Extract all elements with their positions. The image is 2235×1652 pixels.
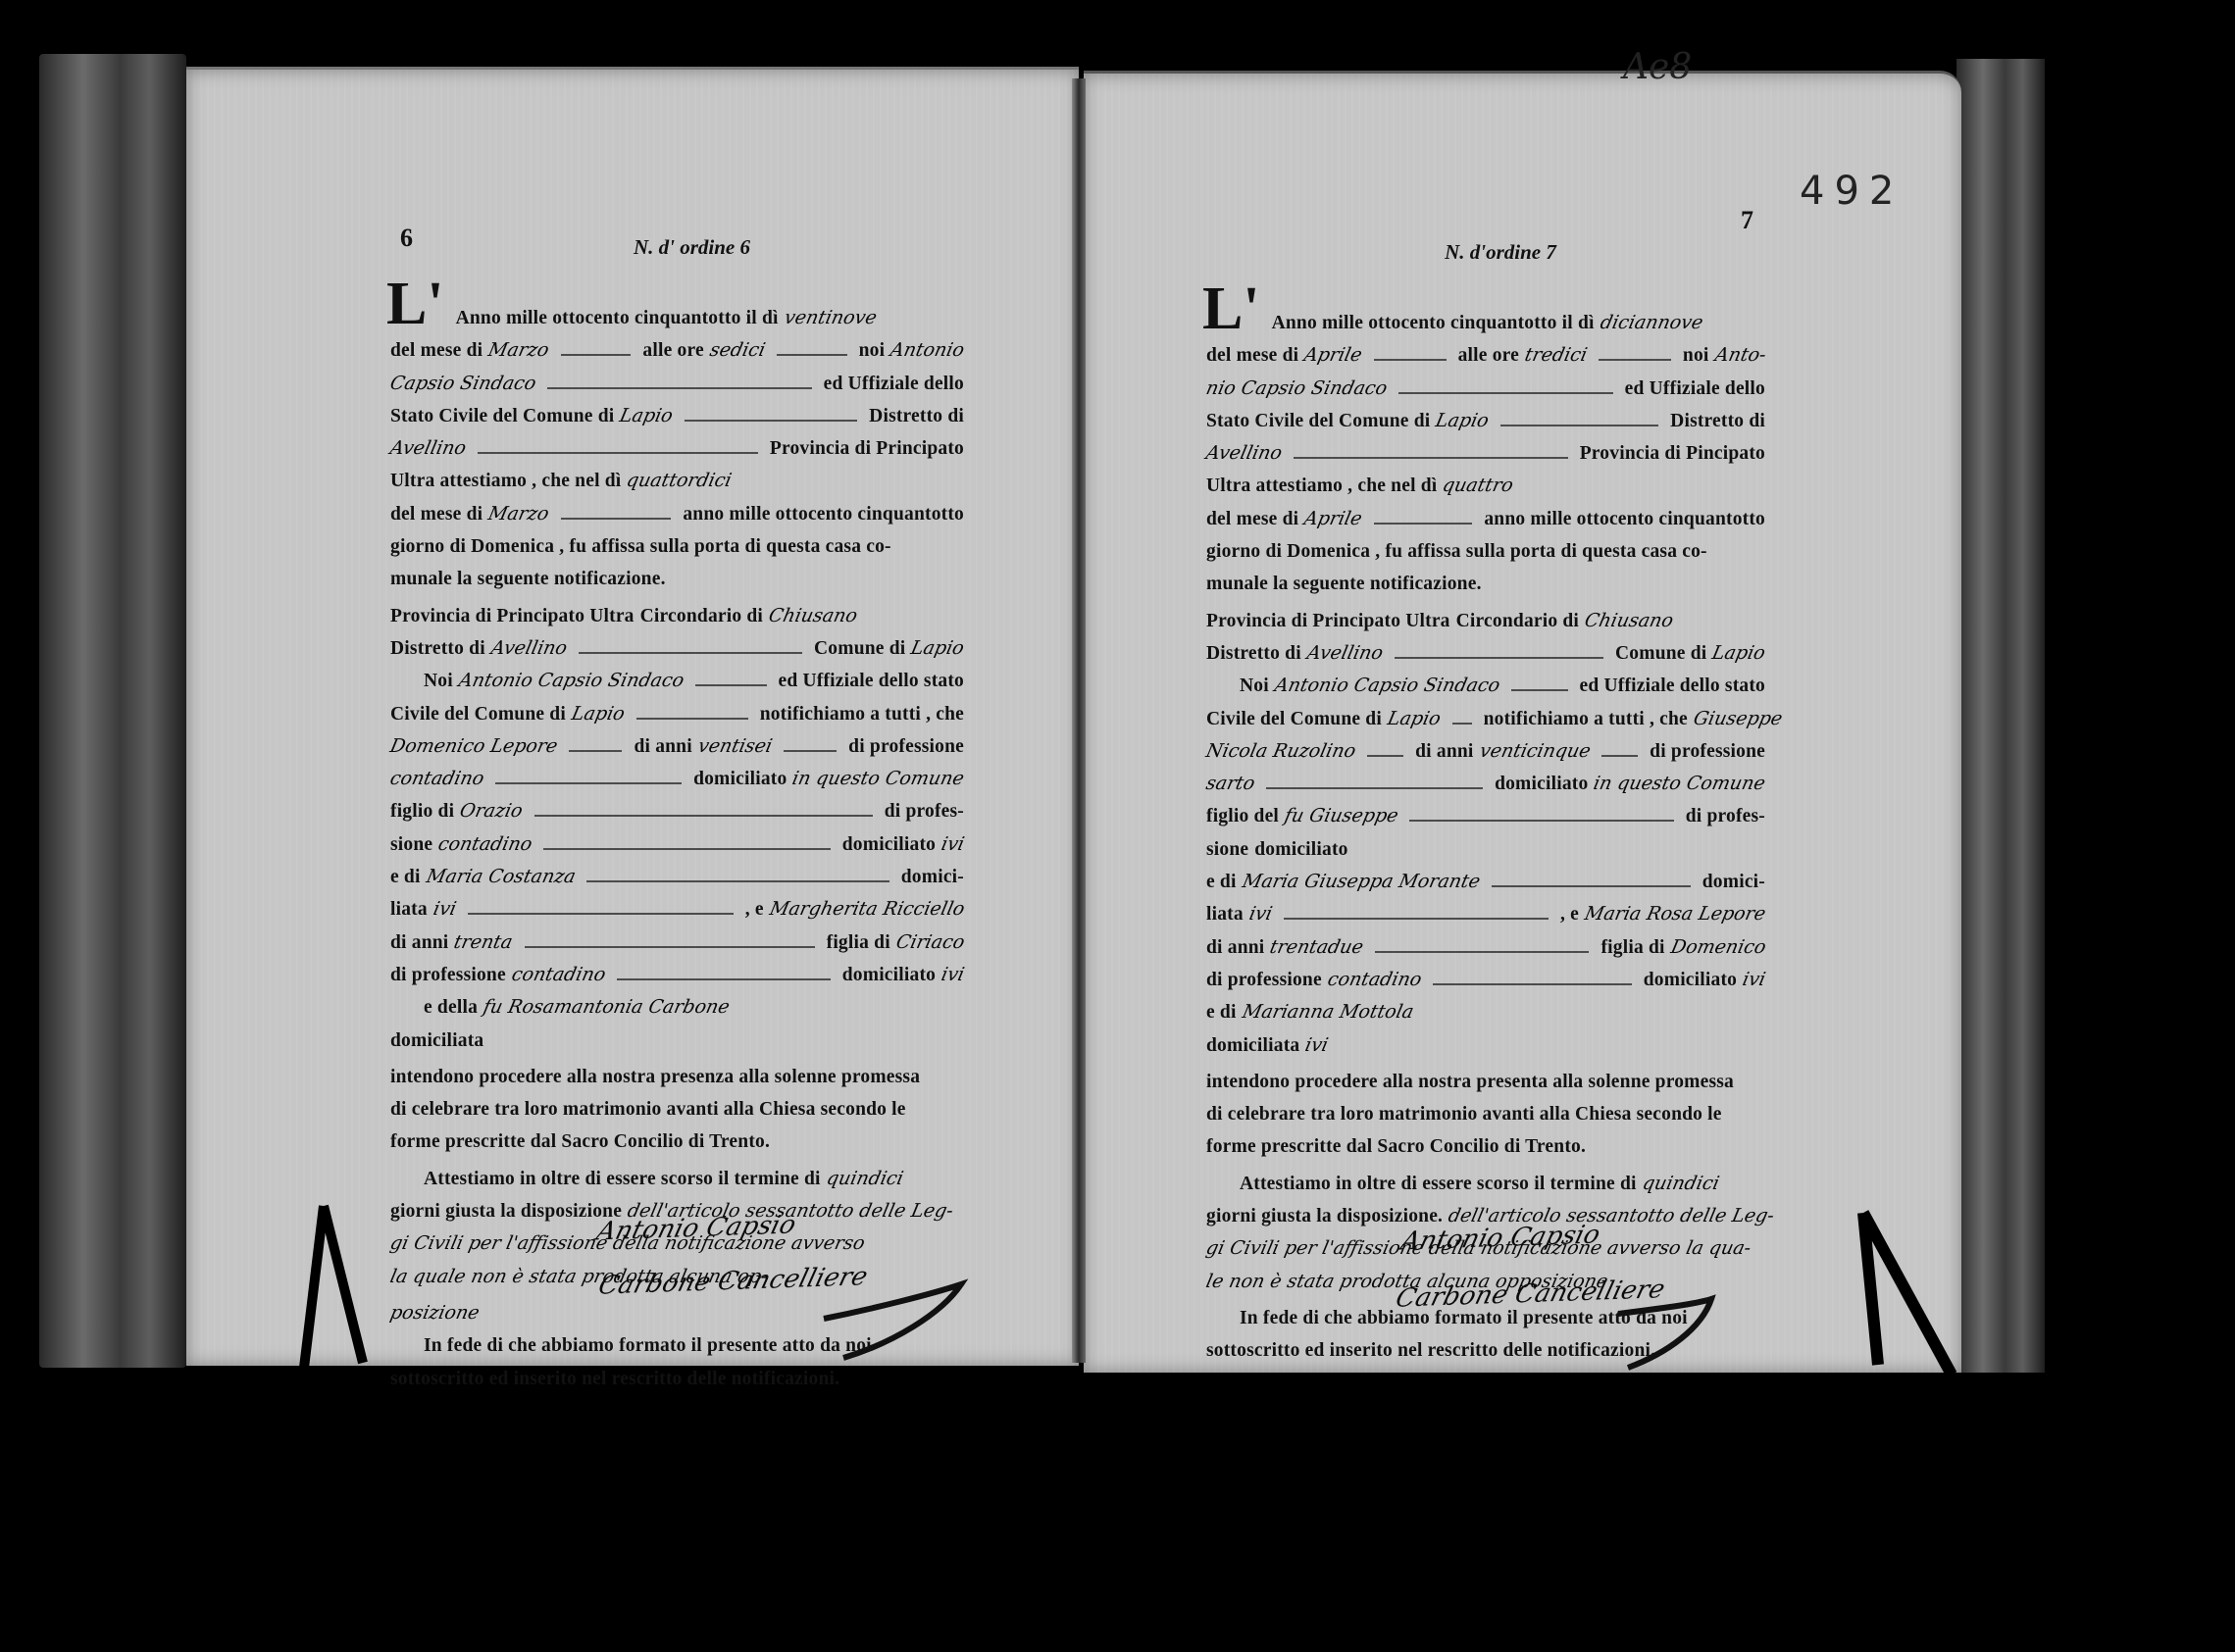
printed-text: Circondario di — [1456, 605, 1579, 637]
record-line: nio Capsio Sindacoed Uffiziale dello — [1206, 373, 1765, 405]
handwritten-entry: Chiusano — [766, 600, 861, 632]
handwritten-entry: ventisei — [694, 730, 775, 763]
printed-text: figlia di — [1600, 931, 1664, 964]
record-line: sionecontadinodomiciliatoivi — [390, 828, 964, 861]
record-line: L'Anno mille ottocento cinquantotto il d… — [1206, 282, 1765, 339]
printed-text: e di — [390, 861, 421, 893]
printed-text: di anni — [1415, 735, 1473, 768]
printed-text: forme prescritte dal Sacro Concilio di T… — [1206, 1130, 1586, 1163]
printed-text: Comune di — [814, 632, 905, 665]
book-gutter — [1072, 78, 1086, 1363]
printed-text: domiciliato — [1254, 833, 1347, 866]
printed-text: di anni — [1206, 931, 1264, 964]
printed-text: liata — [390, 893, 428, 926]
printed-text: Provincia di Principato Ultra — [390, 600, 635, 632]
handwritten-entry: ivi — [1245, 898, 1275, 930]
handwritten-entry: Antonio Capsio Sindaco — [455, 665, 686, 697]
handwritten-entry: sarto — [1202, 768, 1257, 800]
record-line: e diMaria Giuseppa Morantedomici- — [1206, 866, 1765, 898]
record-line: sartodomiciliatoin questo Comune — [1206, 768, 1765, 800]
printed-text: Comune di — [1615, 637, 1706, 670]
printed-text: notifichiamo a tutti , che — [1484, 703, 1688, 735]
fill-line — [534, 815, 873, 817]
record-line: Stato Civile del Comune diLapioDistretto… — [390, 400, 964, 432]
printed-text: del mese di — [1206, 339, 1298, 372]
printed-text: , e — [745, 893, 764, 926]
handwritten-entry: Capsio Sindaco — [386, 368, 538, 400]
record-line: munale la seguente notificazione. — [1206, 568, 1765, 600]
record-line: Civile del Comune diLapionotifichiamo a … — [390, 698, 964, 730]
record-line: forme prescritte dal Sacro Concilio di T… — [1206, 1130, 1765, 1163]
printed-text: ed Uffiziale dello stato — [779, 665, 964, 697]
handwritten-entry: Giuseppe — [1690, 703, 1785, 735]
handwritten-entry: Lapio — [1709, 637, 1769, 670]
handwritten-entry: contadino — [1324, 964, 1424, 996]
record-line: AvellinoProvincia di Pincipato — [1206, 437, 1765, 470]
record-line: del mese diAprileanno mille ottocento ci… — [1206, 503, 1765, 535]
handwritten-entry: sedici — [706, 334, 768, 367]
printed-text: di celebrare tra loro matrimonio avanti … — [390, 1093, 906, 1126]
handwritten-entry: tredici — [1522, 339, 1591, 372]
record-line: contadinodomiciliatoin questo Comune — [390, 763, 964, 795]
fill-line — [1452, 723, 1472, 725]
printed-text: di profes- — [1686, 800, 1765, 832]
handwritten-entry: Lapio — [1433, 405, 1493, 437]
printed-text: figlio del — [1206, 800, 1279, 832]
handwritten-entry: Domenico — [1667, 931, 1768, 964]
fill-line — [1409, 820, 1673, 822]
record-line: Domenico Leporedi anniventiseidi profess… — [390, 730, 964, 763]
printed-text: Ultra attestiamo , che nel dì — [1206, 470, 1437, 502]
drop-cap: L' — [386, 279, 444, 328]
right-page-number: 7 — [1741, 206, 1753, 235]
record-line: intendono procedere alla nostra presenta… — [1206, 1066, 1765, 1098]
printed-text: anno mille ottocento cinquantotto — [1484, 503, 1765, 535]
printed-text: domici- — [901, 861, 964, 893]
handwritten-entry: nio Capsio Sindaco — [1202, 373, 1390, 405]
fill-line — [561, 354, 632, 356]
handwritten-entry: ivi — [430, 893, 459, 926]
left-signature-flourish — [814, 1265, 981, 1363]
right-signature-flourish — [1608, 1284, 1726, 1373]
fill-line — [468, 913, 734, 915]
handwritten-entry: ivi — [939, 959, 968, 991]
fill-line — [525, 946, 815, 948]
printed-text: Stato Civile del Comune di — [1206, 405, 1430, 437]
fill-line — [1398, 392, 1613, 394]
printed-text: Attestiamo in oltre di essere scorso il … — [1240, 1168, 1637, 1200]
handwritten-entry: Margherita Ricciello — [766, 893, 967, 926]
printed-text: Noi — [424, 665, 453, 697]
handwritten-entry: Lapio — [908, 632, 968, 665]
record-line: di annitrentafiglia diCiriaco — [390, 926, 964, 959]
handwritten-entry: ventinove — [781, 302, 880, 334]
fill-line — [569, 750, 622, 752]
handwritten-entry: Avellino — [1303, 637, 1386, 670]
handwritten-entry: Marzo — [485, 334, 552, 367]
printed-text: forme prescritte dal Sacro Concilio di T… — [390, 1126, 770, 1158]
handwritten-entry: Antonio — [888, 334, 968, 367]
fill-line — [1511, 689, 1568, 691]
record-line: domiciliata — [390, 1025, 964, 1057]
record-line: di professionecontadinodomiciliatoivi — [390, 959, 964, 991]
folio-number: 492 — [1800, 169, 1904, 214]
printed-text: anno mille ottocento cinquantotto — [683, 498, 964, 530]
top-right-mark: Ae8 — [1623, 47, 1692, 87]
record-line: Stato Civile del Comune diLapioDistretto… — [1206, 405, 1765, 437]
record-line: NoiAntonio Capsio Sindacoed Uffiziale de… — [1206, 670, 1765, 702]
printed-text: di anni — [634, 730, 691, 763]
record-line: di annitrentaduefiglia diDomenico — [1206, 931, 1765, 964]
fill-line — [777, 354, 847, 356]
handwritten-entry: in questo Comune — [789, 763, 968, 795]
handwritten-entry: Lapio — [1384, 703, 1444, 735]
record-line: Provincia di Principato UltraCircondario… — [390, 600, 964, 632]
record-line: Attestiamo in oltre di essere scorso il … — [1206, 1168, 1765, 1200]
handwritten-entry: contadino — [508, 959, 608, 991]
handwritten-entry: Chiusano — [1582, 605, 1677, 637]
record-line: liataivi, eMaria Rosa Lepore — [1206, 898, 1765, 930]
fill-line — [1294, 457, 1568, 459]
printed-text: di anni — [390, 926, 448, 959]
printed-text: di professione — [848, 730, 964, 763]
printed-text: domiciliata — [1206, 1029, 1299, 1062]
record-line: figlio delfu Giuseppedi profes- — [1206, 800, 1765, 832]
fill-line — [617, 978, 831, 980]
handwritten-entry: Maria Giuseppa Morante — [1239, 866, 1483, 898]
printed-text: Provincia di Principato — [770, 432, 964, 465]
printed-text: intendono procedere alla nostra presenza… — [390, 1061, 920, 1093]
handwritten-entry: fu Rosamantonia Carbone — [480, 991, 733, 1024]
printed-text: Stato Civile del Comune di — [390, 400, 614, 432]
handwritten-entry: venticinque — [1476, 735, 1594, 768]
handwritten-entry: Marzo — [485, 498, 552, 530]
printed-text: sottoscritto ed inserito nel rescritto d… — [1206, 1334, 1655, 1367]
printed-text: di profes- — [885, 795, 964, 827]
fill-line — [561, 518, 672, 520]
printed-text: munale la seguente notificazione. — [1206, 568, 1482, 600]
fill-line — [1374, 523, 1473, 525]
printed-text: ed Uffiziale dello — [824, 368, 964, 400]
handwritten-entry: Lapio — [617, 400, 677, 432]
fill-line — [695, 684, 767, 686]
record-line: di professionecontadinodomiciliatoivi — [1206, 964, 1765, 996]
handwritten-entry: quindici — [823, 1163, 906, 1195]
record-line: del mese diMarzoanno mille ottocento cin… — [390, 498, 964, 530]
printed-text: e della — [424, 991, 478, 1024]
fill-line — [495, 782, 682, 784]
record-line: Distretto diAvellinoComune diLapio — [390, 632, 964, 665]
printed-text: sione — [390, 828, 432, 861]
printed-text: del mese di — [1206, 503, 1298, 535]
printed-text: figlia di — [827, 926, 890, 959]
handwritten-entry: Lapio — [568, 698, 628, 730]
printed-text: Anno mille ottocento cinquantotto il dì — [1272, 307, 1595, 339]
record-line: forme prescritte dal Sacro Concilio di T… — [390, 1126, 964, 1158]
handwritten-entry: Domenico Lepore — [386, 730, 560, 763]
printed-text: domiciliata — [390, 1025, 483, 1057]
handwritten-entry: diciannove — [1597, 307, 1705, 339]
record-line: Capsio Sindacoed Uffiziale dello — [390, 368, 964, 400]
fill-line — [1375, 951, 1589, 953]
fill-line — [1500, 425, 1658, 426]
right-record-body: L'Anno mille ottocento cinquantotto il d… — [1206, 282, 1765, 1368]
right-page-clip — [1854, 1208, 1961, 1384]
fill-line — [547, 387, 811, 389]
fill-line — [478, 452, 758, 454]
printed-text: di celebrare tra loro matrimonio avanti … — [1206, 1098, 1722, 1130]
printed-text: noi — [859, 334, 886, 367]
record-line: sionedomiciliato — [1206, 833, 1765, 866]
fill-line — [1266, 787, 1483, 789]
printed-text: Distretto di — [1206, 637, 1301, 670]
record-line: domiciliataivi — [1206, 1029, 1765, 1062]
printed-text: e di — [1206, 996, 1237, 1028]
printed-text: domici- — [1702, 866, 1765, 898]
printed-text: domiciliato — [693, 763, 787, 795]
printed-text: domiciliato — [842, 959, 936, 991]
printed-text: Circondario di — [640, 600, 763, 632]
record-line: giorno di Domenica , fu affissa sulla po… — [390, 530, 964, 563]
printed-text: giorno di Domenica , fu affissa sulla po… — [1206, 535, 1707, 568]
printed-text: di professione — [390, 959, 506, 991]
record-line: di celebrare tra loro matrimonio avanti … — [1206, 1098, 1765, 1130]
fill-line — [1395, 657, 1603, 659]
record-line: Distretto diAvellinoComune diLapio — [1206, 637, 1765, 670]
fill-line — [685, 420, 857, 422]
printed-text: alle ore — [1458, 339, 1519, 372]
record-line: munale la seguente notificazione. — [390, 563, 964, 595]
fill-line — [1284, 918, 1549, 920]
fill-line — [1367, 755, 1403, 757]
left-page-edges — [39, 54, 186, 1368]
printed-text: Provincia di Pincipato — [1580, 437, 1765, 470]
record-line: L'Anno mille ottocento cinquantotto il d… — [390, 277, 964, 334]
printed-text: Distretto di — [1670, 405, 1765, 437]
fill-line — [636, 718, 748, 720]
handwritten-entry: posizione — [386, 1297, 483, 1329]
handwritten-entry: ivi — [1302, 1029, 1332, 1062]
handwritten-entry: Marianna Mottola — [1239, 996, 1416, 1028]
drop-cap: L' — [1202, 284, 1260, 333]
handwritten-entry: contadino — [386, 763, 486, 795]
record-line: Provincia di Principato UltraCircondario… — [1206, 605, 1765, 637]
handwritten-entry: quindici — [1639, 1168, 1722, 1200]
left-record-header: N. d' ordine 6 — [420, 235, 964, 260]
printed-text: sione — [1206, 833, 1248, 866]
printed-text: Distretto di — [869, 400, 964, 432]
record-line: di celebrare tra loro matrimonio avanti … — [390, 1093, 964, 1126]
fill-line — [784, 750, 837, 752]
printed-text: e di — [1206, 866, 1237, 898]
record-line: figlio diOraziodi profes- — [390, 795, 964, 827]
handwritten-entry: Orazio — [457, 795, 527, 827]
handwritten-entry: Avellino — [487, 632, 570, 665]
fill-line — [543, 848, 830, 850]
printed-text: del mese di — [390, 334, 483, 367]
handwritten-entry: Ciriaco — [892, 926, 967, 959]
printed-text: di professione — [1650, 735, 1765, 768]
fill-line — [1374, 359, 1447, 361]
printed-text: di professione — [1206, 964, 1322, 996]
printed-text: munale la seguente notificazione. — [390, 563, 666, 595]
record-line: giorno di Domenica , fu affissa sulla po… — [1206, 535, 1765, 568]
record-line: Nicola Ruzolinodi anniventicinquedi prof… — [1206, 735, 1765, 768]
printed-text: giorno di Domenica , fu affissa sulla po… — [390, 530, 891, 563]
record-line: e dellafu Rosamantonia Carbone — [390, 991, 964, 1024]
fill-line — [1492, 885, 1691, 887]
record-line: sottoscritto ed inserito nel rescritto d… — [390, 1363, 964, 1395]
printed-text: del mese di — [390, 498, 483, 530]
handwritten-entry: ivi — [1740, 964, 1769, 996]
right-page-edges — [1956, 59, 2045, 1373]
printed-text: Provincia di Principato Ultra — [1206, 605, 1450, 637]
printed-text: figlio di — [390, 795, 454, 827]
record-line: Attestiamo in oltre di essere scorso il … — [390, 1163, 964, 1195]
handwritten-entry: Avellino — [1202, 437, 1285, 470]
handwritten-entry: fu Giuseppe — [1282, 800, 1401, 832]
printed-text: ed Uffiziale dello — [1625, 373, 1765, 405]
printed-text: noi — [1683, 339, 1709, 372]
printed-text: domiciliato — [842, 828, 936, 861]
printed-text: Civile del Comune di — [390, 698, 566, 730]
handwritten-entry: Aprile — [1301, 339, 1365, 372]
handwritten-entry: trentadue — [1267, 931, 1367, 964]
handwritten-entry: trenta — [451, 926, 516, 959]
printed-text: Ultra attestiamo , che nel dì — [390, 465, 621, 497]
left-page-clip — [294, 1201, 373, 1377]
right-record: N. d'ordine 7 L'Anno mille ottocento cin… — [1206, 240, 1765, 1368]
handwritten-entry: ivi — [939, 828, 968, 861]
right-record-header: N. d'ordine 7 — [1236, 240, 1765, 265]
record-line: Civile del Comune diLapionotifichiamo a … — [1206, 703, 1765, 735]
record-line: del mese diMarzoalle oresedicinoiAntonio — [390, 334, 964, 367]
record-line: e diMaria Costanzadomici- — [390, 861, 964, 893]
record-line: del mese diAprilealle oretredicinoiAnto- — [1206, 339, 1765, 372]
fill-line — [579, 652, 802, 654]
record-line: Ultra attestiamo , che nel dìquattordici — [390, 465, 964, 497]
record-line: AvellinoProvincia di Principato — [390, 432, 964, 465]
handwritten-entry: quattordici — [624, 465, 736, 497]
printed-text: notifichiamo a tutti , che — [760, 698, 964, 730]
handwritten-entry: contadino — [435, 828, 535, 861]
fill-line — [1599, 359, 1671, 361]
record-line: NoiAntonio Capsio Sindacoed Uffiziale de… — [390, 665, 964, 697]
handwritten-entry: quattro — [1440, 470, 1517, 502]
printed-text: domiciliato — [1644, 964, 1737, 996]
printed-text: Noi — [1240, 670, 1269, 702]
handwritten-entry: in questo Comune — [1591, 768, 1769, 800]
handwritten-entry: Avellino — [386, 432, 469, 465]
printed-text: In fede di che abbiamo formato il presen… — [424, 1329, 872, 1362]
printed-text: Attestiamo in oltre di essere scorso il … — [424, 1163, 821, 1195]
printed-text: alle ore — [642, 334, 703, 367]
handwritten-entry: Nicola Ruzolino — [1202, 735, 1358, 768]
handwritten-entry: Anto- — [1711, 339, 1769, 372]
printed-text: liata — [1206, 898, 1244, 930]
printed-text: Civile del Comune di — [1206, 703, 1382, 735]
handwritten-entry: Maria Costanza — [423, 861, 579, 893]
fill-line — [1601, 755, 1638, 757]
printed-text: Distretto di — [390, 632, 485, 665]
printed-text: intendono procedere alla nostra presenta… — [1206, 1066, 1734, 1098]
printed-text: ed Uffiziale dello stato — [1580, 670, 1765, 702]
printed-text: , e — [1560, 898, 1579, 930]
record-line: e diMarianna Mottola — [1206, 996, 1765, 1028]
record-line: liataivi, eMargherita Ricciello — [390, 893, 964, 926]
handwritten-entry: Maria Rosa Lepore — [1581, 898, 1768, 930]
printed-text: sottoscritto ed inserito nel rescritto d… — [390, 1363, 839, 1395]
record-line: Ultra attestiamo , che nel dìquattro — [1206, 470, 1765, 502]
handwritten-entry: Antonio Capsio Sindaco — [1271, 670, 1502, 702]
handwritten-entry: Aprile — [1301, 503, 1365, 535]
printed-text: giorni giusta la disposizione — [390, 1195, 622, 1227]
record-line: intendono procedere alla nostra presenza… — [390, 1061, 964, 1093]
printed-text: domiciliato — [1495, 768, 1588, 800]
printed-text: Anno mille ottocento cinquantotto il dì — [456, 302, 779, 334]
fill-line — [1433, 983, 1632, 985]
fill-line — [586, 880, 889, 882]
